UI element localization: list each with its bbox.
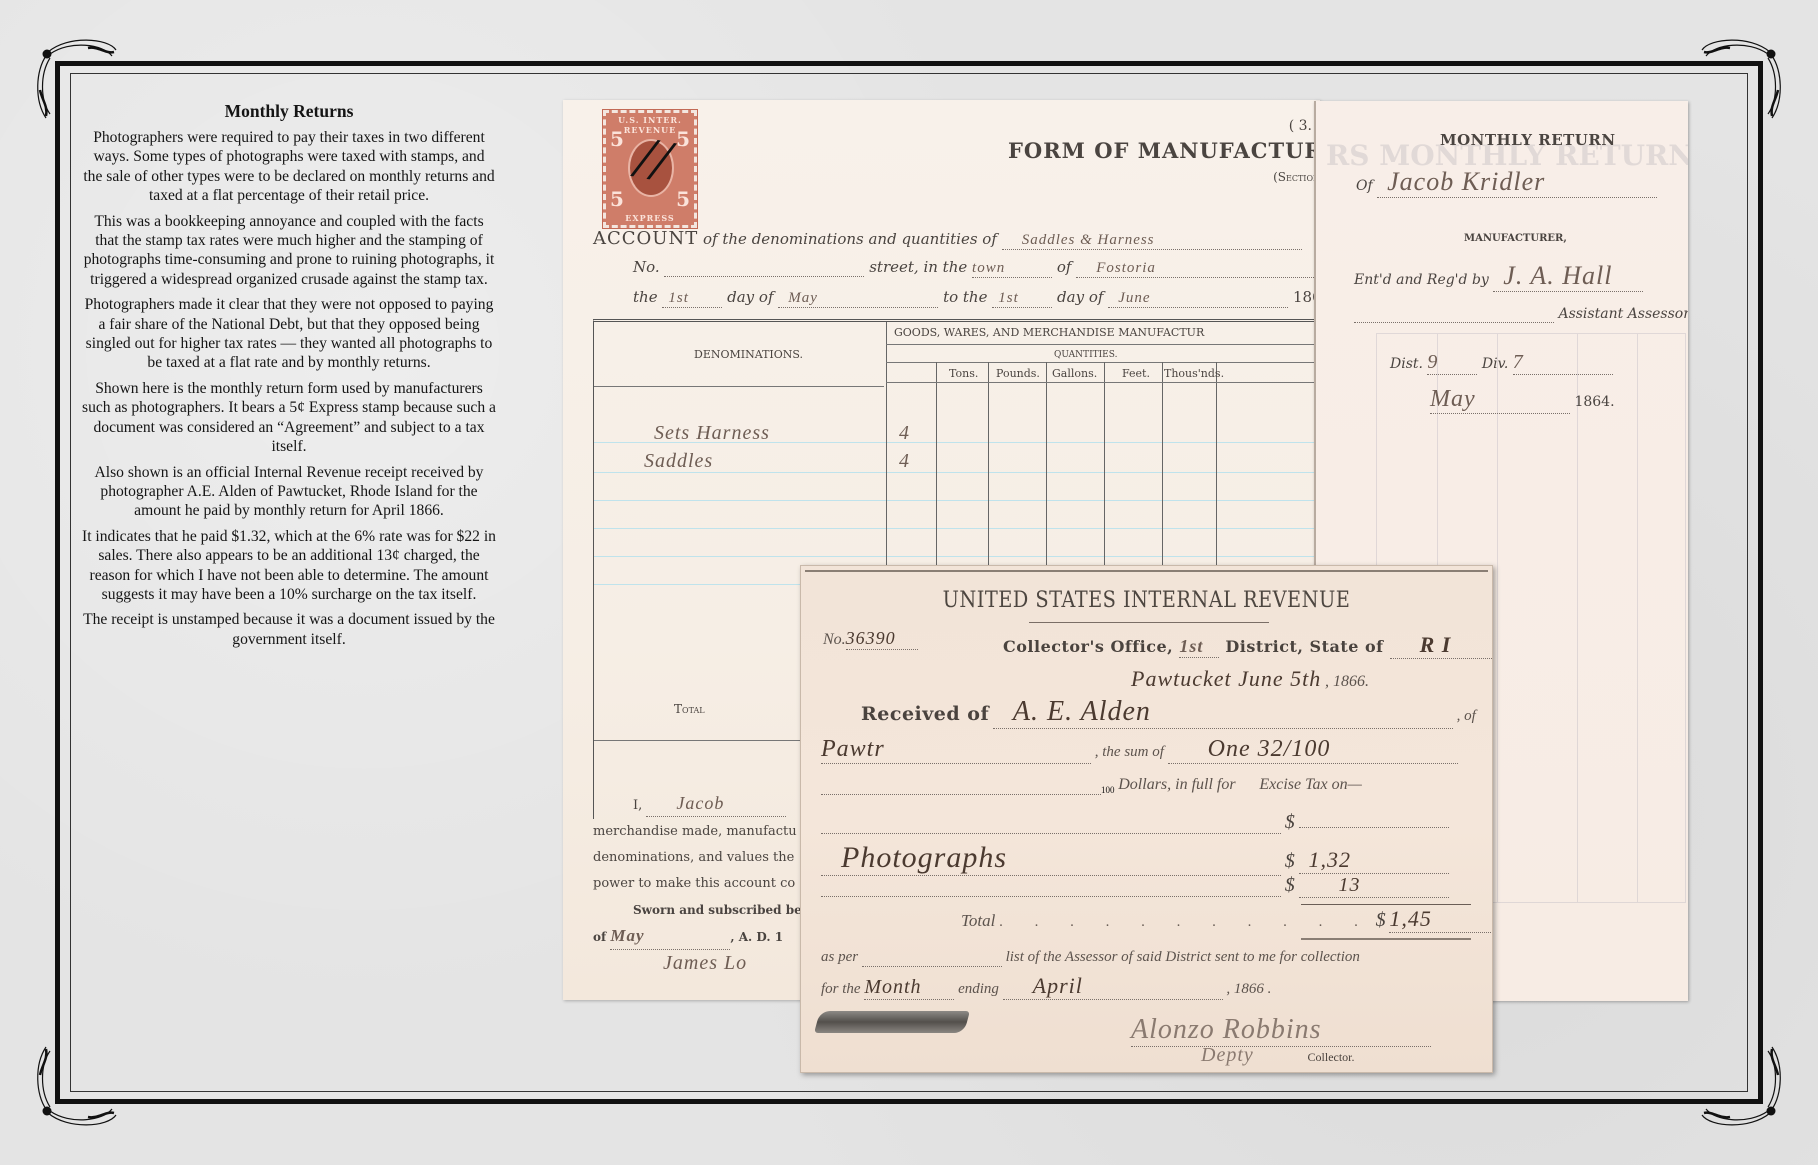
- table-row-quantity: 4: [899, 422, 910, 445]
- form-title: FORM OF MANUFACTURE: [1008, 138, 1320, 163]
- corner-flourish-icon: [28, 1045, 118, 1135]
- collector-signature: Alonzo Robbins: [1131, 1014, 1431, 1047]
- monthly-return-title: MONTHLY RETURN: [1440, 131, 1616, 149]
- taxed-item: Photographs: [821, 841, 1281, 876]
- payer-name: A. E. Alden: [993, 696, 1453, 729]
- description-panel: Monthly Returns Photographers were requi…: [82, 100, 496, 655]
- table-row-denomination: Saddles: [644, 450, 713, 473]
- paragraph: The receipt is unstamped because it was …: [82, 610, 496, 649]
- page-title: Monthly Returns: [82, 100, 496, 122]
- sum-amount: One 32/100: [1168, 736, 1458, 764]
- table-row-denomination: Sets Harness: [654, 422, 770, 445]
- surcharge-amount: 13: [1299, 874, 1449, 898]
- paragraph: It indicates that he paid $1.32, which a…: [82, 527, 496, 605]
- paragraph: Also shown is an official Internal Reven…: [82, 463, 496, 521]
- internal-revenue-receipt: UNITED STATES INTERNAL REVENUE No.36390 …: [800, 565, 1493, 1073]
- paragraph: This was a bookkeeping annoyance and cou…: [82, 212, 496, 290]
- paragraph: Photographers made it clear that they we…: [82, 295, 496, 373]
- receipt-title: UNITED STATES INTERNAL REVENUE: [842, 588, 1450, 613]
- date-line: the 1st day of May to the 1st day of Jun…: [633, 288, 1320, 308]
- oath-block: I, Jacob merchandise made, manufactu den…: [593, 790, 813, 979]
- account-line: ACCOUNT of the denominations and quantit…: [593, 228, 1302, 250]
- corner-flourish-icon: [1700, 1045, 1790, 1135]
- engraved-scroll-seal-icon: [814, 1011, 970, 1033]
- paragraph: Shown here is the monthly return form us…: [82, 379, 496, 457]
- corner-flourish-icon: [1700, 30, 1790, 120]
- receipt-number: 36390: [846, 628, 918, 650]
- total-amount: 1,45: [1389, 906, 1493, 933]
- table-row-quantity: 4: [899, 450, 910, 473]
- revenue-stamp: U.S. INTER. REVENUE 5 5 5 5 EXPRESS //: [603, 110, 697, 228]
- signature: James Lo: [663, 952, 747, 974]
- tax-amount: 1,32: [1299, 847, 1449, 874]
- street-line: No. street, in the town of Fostoria: [633, 258, 1316, 278]
- paragraph: Photographers were required to pay their…: [82, 128, 496, 206]
